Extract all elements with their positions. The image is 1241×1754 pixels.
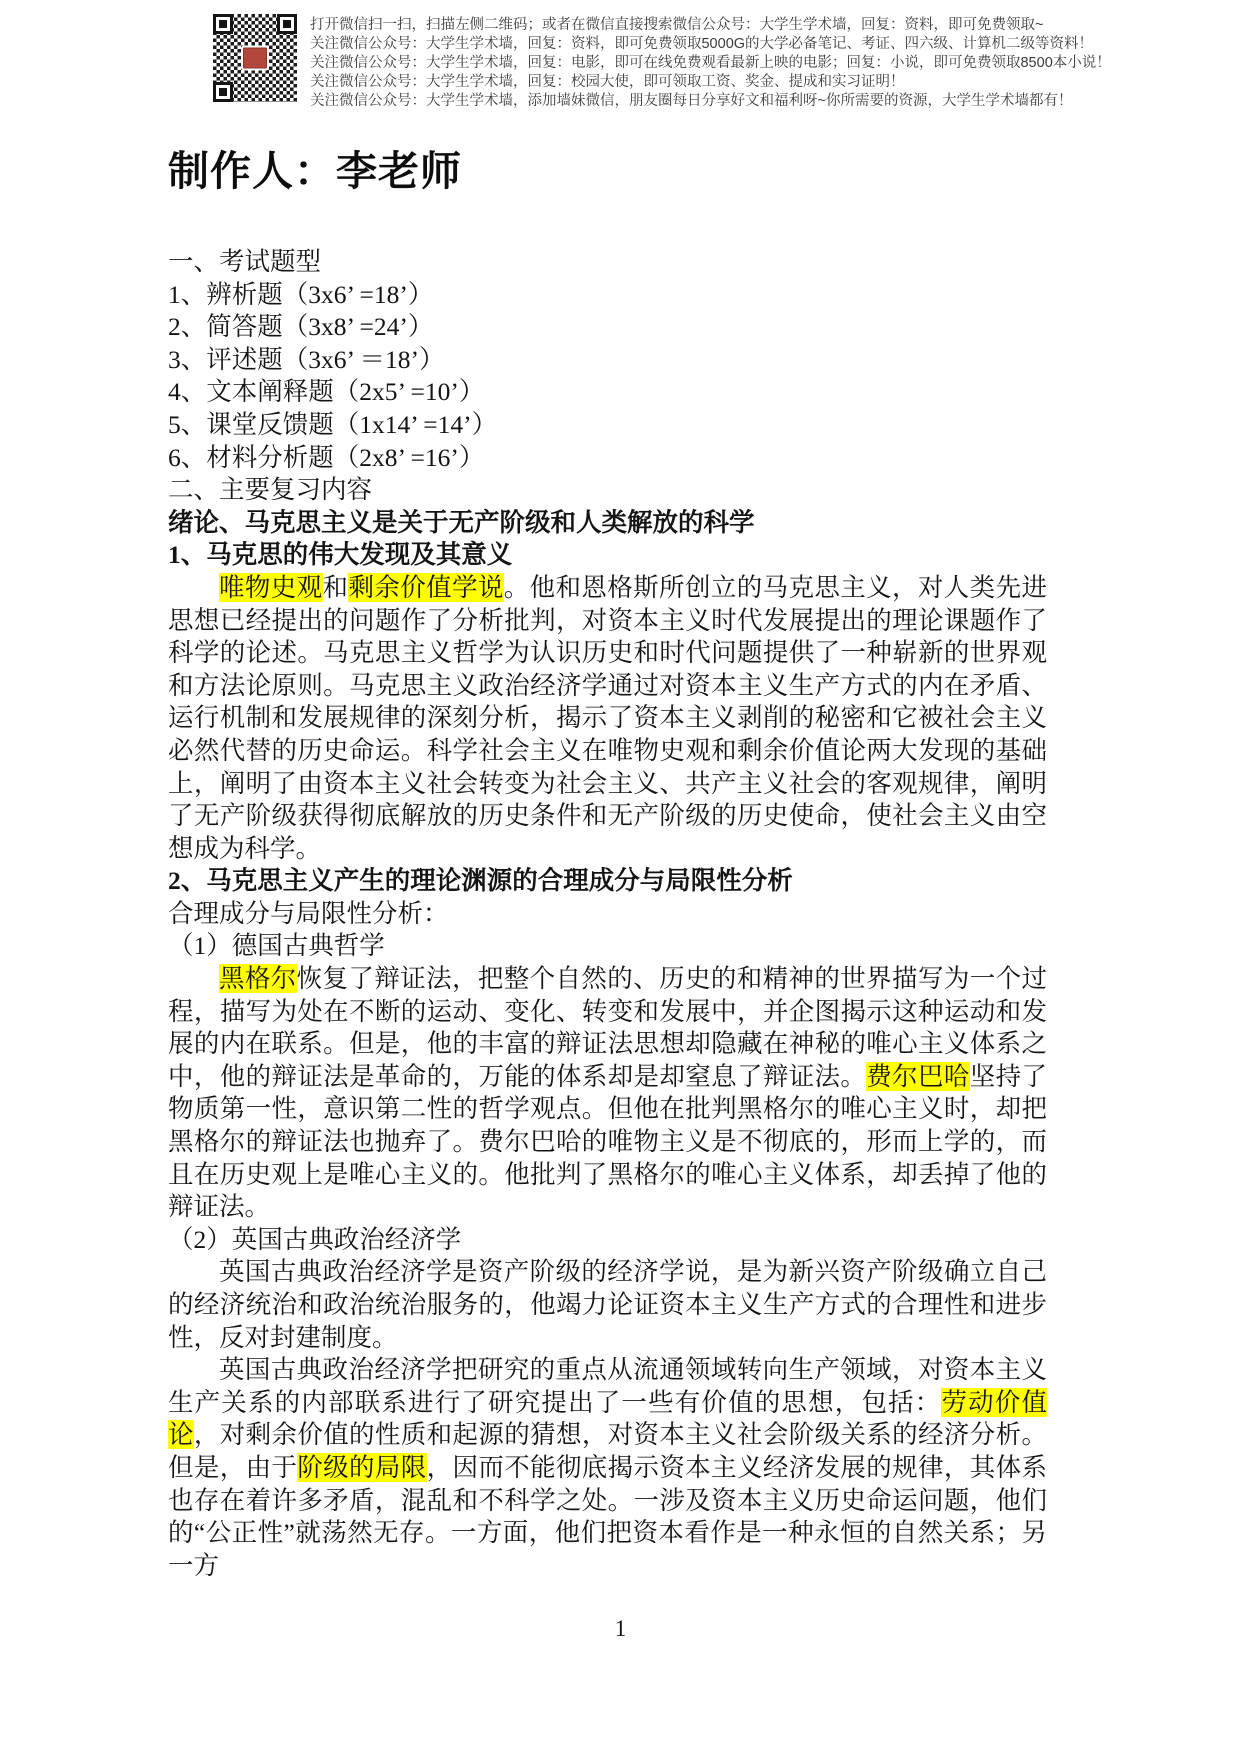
section-heading: 2、马克思主义产生的理论渊源的合理成分与局限性分析 [168,865,1047,898]
qr-finder-icon [277,14,297,34]
text-line: 二、主要复习内容 [168,474,1047,507]
paragraph: 英国古典政治经济学把研究的重点从流通领域转向生产领域，对资本主义生产关系的内部联… [168,1354,1047,1582]
highlighted-text: 唯物史观 [219,573,323,602]
section-heading: 绪论、马克思主义是关于无产阶级和人类解放的科学 [168,507,1047,540]
qr-finder-icon [213,14,233,34]
text-line: 1、辨析题（3x6’ =18’） [168,279,1047,312]
qr-center-logo-icon [241,46,269,71]
text-line: 5、课堂反馈题（1x14’ =14’） [168,409,1047,442]
text-segment: 。他和恩格斯所创立的马克思主义，对人类先进思想已经提出的问题作了分析批判，对资本… [168,573,1047,863]
wechat-promo-line: 关注微信公众号：大学生学术墙，回复：校园大使，即可领取工资、奖金、提成和实习证明… [310,73,1111,92]
header-promo-lines: 打开微信扫一扫，扫描左侧二维码；或者在微信直接搜索微信公众号：大学生学术墙，回复… [310,14,1111,111]
text-line: 合理成分与局限性分析： [168,898,1047,931]
text-line: （2）英国古典政治经济学 [168,1224,1047,1257]
header-promo-block: 打开微信扫一扫，扫描左侧二维码；或者在微信直接搜索微信公众号：大学生学术墙，回复… [213,14,1111,111]
text-segment: 英国古典政治经济学是资产阶级的经济学说，是为新兴资产阶级确立自己的经济统治和政治… [168,1257,1047,1351]
wechat-promo-line: 关注微信公众号：大学生学术墙，回复：电影，即可在线免费观看最新上映的电影；回复：… [310,54,1111,73]
wechat-qr-code-icon [213,14,297,102]
text-segment: 和 [323,573,349,602]
text-line: 一、考试题型 [168,246,1047,279]
paragraph: 英国古典政治经济学是资产阶级的经济学说，是为新兴资产阶级确立自己的经济统治和政治… [168,1256,1047,1354]
wechat-promo-line: 关注微信公众号：大学生学术墙，回复：资料，即可免费领取5000G的大学必备笔记、… [310,35,1111,54]
page-number: 1 [0,1616,1241,1642]
document-title: 制作人：李老师 [168,138,462,197]
highlighted-text: 剩余价值学说 [348,573,503,602]
text-line: （1）德国古典哲学 [168,930,1047,963]
paragraph: 黑格尔恢复了辩证法，把整个自然的、历史的和精神的世界描写为一个过程，描写为处在不… [168,963,1047,1224]
wechat-promo-line: 打开微信扫一扫，扫描左侧二维码；或者在微信直接搜索微信公众号：大学生学术墙，回复… [310,16,1111,35]
wechat-promo-line: 关注微信公众号：大学生学术墙，添加墙妹微信，朋友圈每日分享好文和福利呀~你所需要… [310,92,1111,111]
text-line: 4、文本阐释题（2x5’ =10’） [168,376,1047,409]
text-line: 6、材料分析题（2x8’ =16’） [168,442,1047,475]
section-heading: 1、马克思的伟大发现及其意义 [168,539,1047,572]
document-body: 一、考试题型1、辨析题（3x6’ =18’）2、简答题（3x8’ =24’）3、… [168,246,1047,1582]
highlighted-text: 阶级的局限 [297,1453,426,1482]
text-line: 2、简答题（3x8’ =24’） [168,311,1047,344]
text-line: 3、评述题（3x6’ ＝18’） [168,344,1047,377]
qr-finder-icon [213,82,233,102]
paragraph: 唯物史观和剩余价值学说。他和恩格斯所创立的马克思主义，对人类先进思想已经提出的问… [168,572,1047,865]
highlighted-text: 黑格尔 [219,964,297,993]
highlighted-text: 费尔巴哈 [866,1062,969,1091]
text-segment: 英国古典政治经济学把研究的重点从流通领域转向生产领域，对资本主义生产关系的内部联… [168,1355,1047,1417]
